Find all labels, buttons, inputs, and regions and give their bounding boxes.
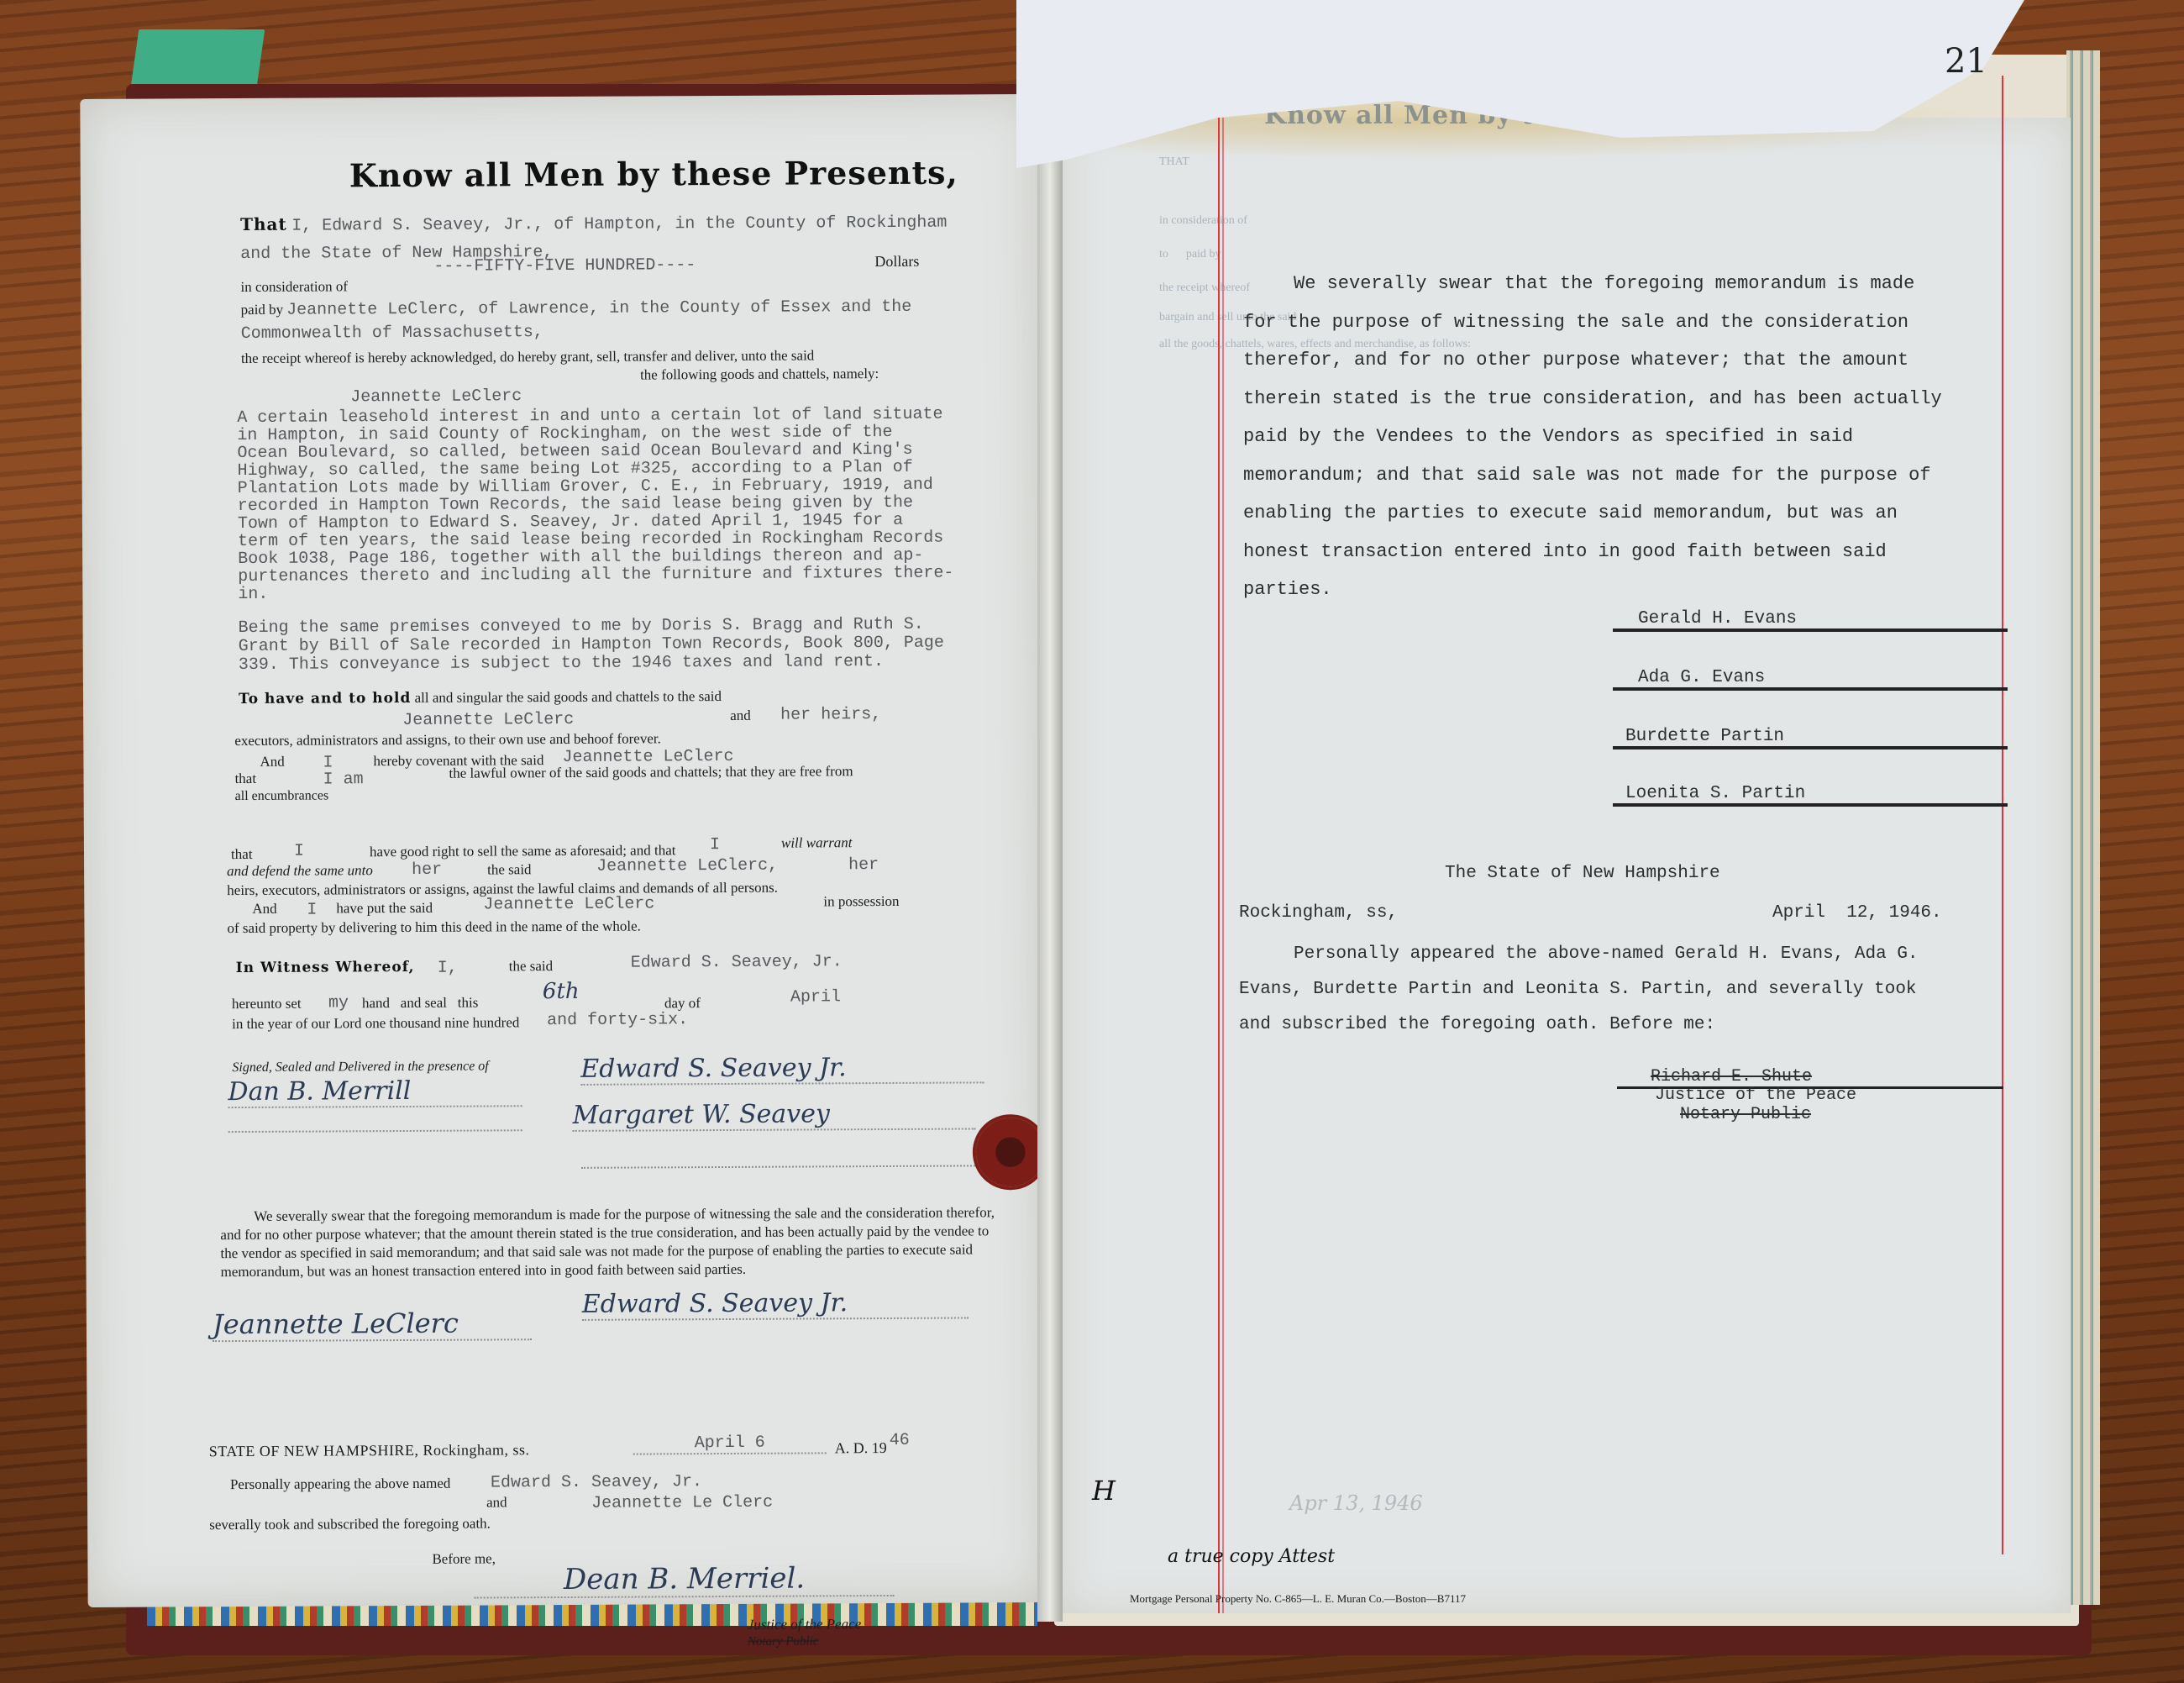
oath-line: parties. <box>1243 571 1999 609</box>
receipt-line: the receipt whereof is hereby acknowledg… <box>241 346 980 367</box>
oath-line: memorandum; and that said sale was not m… <box>1243 456 1999 495</box>
oath-line: for the purpose of witnessing the sale a… <box>1243 303 1999 342</box>
that-label: That <box>240 214 287 234</box>
that-label-3: that <box>231 846 253 863</box>
signatory-1: Gerald H. Evans <box>1613 609 2008 632</box>
in-possession: in possession <box>823 893 899 910</box>
oath-paragraph: We severally swear that the foregoing me… <box>220 1203 1001 1281</box>
hereunto-set: hereunto set <box>232 996 302 1012</box>
faded-form-consideration: in consideration of <box>1159 214 1247 228</box>
year-line: in the year of our Lord one thousand nin… <box>232 1014 519 1033</box>
oath-signature-1: Jeannette LeClerc <box>213 1307 532 1342</box>
oath-signature-2: Edward S. Seavey Jr. <box>582 1287 969 1320</box>
grantor-signature-2: Margaret W. Seavey <box>573 1098 976 1132</box>
encumbrances: all encumbrances <box>235 788 329 804</box>
witness-said: the said <box>509 958 554 975</box>
paid-by-line-2: Commonwealth of Massachusetts, <box>241 323 543 344</box>
county-label: Rockingham, ss, <box>1239 903 1398 923</box>
right-oath-text: We severally swear that the foregoing me… <box>1243 265 1999 609</box>
habendum-text: all and singular the said goods and chat… <box>415 688 722 706</box>
description-line: purtenances thereto and including all th… <box>238 564 994 586</box>
page-edges <box>2066 50 2100 1605</box>
faded-date: Apr 13, 1946 <box>1289 1491 1423 1515</box>
signatory-3: Burdette Partin <box>1613 727 2008 749</box>
right-page: Know all Men by these Presents, THAT in … <box>1063 118 2071 1613</box>
handwritten-attest: a true copy Attest <box>1168 1546 1335 1567</box>
appear-name-2: Jeannette Le Clerc <box>591 1493 773 1513</box>
witness-signature: Dan B. Merrill <box>228 1076 522 1108</box>
and-defend: and defend the same unto <box>227 862 373 880</box>
ack-date: April 6 <box>633 1433 827 1454</box>
book-spine <box>1037 101 1063 1622</box>
habendum-name: Jeannette LeClerc <box>402 710 574 730</box>
appear-and: and <box>486 1494 507 1511</box>
grantor-line-1: I, Edward S. Seavey, Jr., of Hampton, in… <box>291 213 947 236</box>
state-heading: The State of New Hampshire <box>1445 864 1720 883</box>
i-3: I <box>294 842 304 861</box>
conveyance-line: 339. This conveyance is subject to the 1… <box>239 652 995 675</box>
goods-label: the following goods and chattels, namely… <box>640 366 879 383</box>
lawful-owner: the lawful owner of the said goods and c… <box>449 763 853 782</box>
year-value: and forty-six. <box>547 1010 688 1030</box>
consideration-label: in consideration of <box>240 278 348 296</box>
oath-line: enabling the parties to execute said mem… <box>1243 494 1999 533</box>
grantee-name: Jeannette LeClerc <box>350 387 522 407</box>
hand-seal: hand and seal this <box>362 995 478 1012</box>
ack-line: and subscribed the foregoing oath. Befor… <box>1239 1007 2012 1043</box>
witness-i: I, <box>438 959 458 978</box>
will-warrant: will warrant <box>781 834 853 851</box>
grantor-line-3 <box>581 1161 984 1169</box>
signed-sealed-label: Signed, Sealed and Delivered in the pres… <box>232 1059 488 1076</box>
green-bookmark-tab <box>130 29 265 92</box>
covenant-and: And <box>260 754 284 770</box>
possession-i: I <box>307 901 317 920</box>
dollars-label: Dollars <box>874 253 919 271</box>
faded-form-that: THAT <box>1159 155 1189 169</box>
state-line: STATE OF NEW HAMPSHIRE, Rockingham, ss. <box>209 1441 530 1460</box>
possession-and: And <box>252 901 276 918</box>
jp-signature: Dean B. Merriel. <box>474 1561 894 1599</box>
witness-name: Edward S. Seavey, Jr. <box>631 952 843 972</box>
appear-name-1: Edward S. Seavey, Jr. <box>491 1472 702 1492</box>
i-am: I am <box>323 770 363 789</box>
her-1: her <box>412 860 442 880</box>
oath-line: paid by the Vendees to the Vendors as sp… <box>1243 418 1999 456</box>
signatory-4: Loenita S. Partin <box>1613 784 2008 807</box>
and-label: and <box>730 707 751 724</box>
margin-line-right <box>2002 76 2003 1554</box>
margin-line-left <box>1218 118 1220 1613</box>
consideration-amount: ----FIFTY-FIVE HUNDRED---- <box>433 255 696 276</box>
notary-struck-right: Notary Public <box>1680 1105 1811 1124</box>
ad-label: A. D. 19 <box>835 1439 887 1457</box>
ack-line: Personally appeared the above-named Gera… <box>1239 937 2012 972</box>
ad-year: 46 <box>890 1431 910 1450</box>
that-label-2: that <box>234 770 256 787</box>
oath-line: therefor, and for no other purpose whate… <box>1243 341 1999 380</box>
grantor-signature: Edward S. Seavey Jr. <box>580 1052 984 1086</box>
left-page: Know all Men by these Presents, That I, … <box>80 94 1045 1607</box>
my-label: my <box>328 993 349 1012</box>
margin-mark: H <box>1092 1475 1116 1507</box>
delivering-line: of said property by delivering to him th… <box>227 918 641 938</box>
her-heirs: her heirs, <box>780 705 881 725</box>
executors-line: executors, administrators and assigns, t… <box>234 730 661 749</box>
severally-took: severally took and subscribed the forego… <box>209 1515 491 1533</box>
wax-seal <box>976 1118 1045 1186</box>
ack-paragraph: Personally appeared the above-named Gera… <box>1239 937 2012 1043</box>
margin-line-left-2 <box>1222 118 1224 1613</box>
faded-form-receipt: the receipt whereof <box>1159 281 1250 295</box>
her-2: her <box>848 855 879 875</box>
oath-line: therein stated is the true consideration… <box>1243 380 1999 418</box>
deed-title: Know all Men by these Presents, <box>349 154 958 195</box>
paid-by-line-1: Jeannette LeClerc, of Lawrence, in the C… <box>286 297 911 320</box>
oath-line: We severally swear that the foregoing me… <box>1243 265 1999 303</box>
ack-date-right: April 12, 1946. <box>1772 903 1942 923</box>
possession-text: have put the said <box>336 900 433 918</box>
habendum-label: To have and to hold <box>239 690 411 707</box>
month-value: April <box>790 987 841 1007</box>
form-footer: Mortgage Personal Property No. C-865—L. … <box>1130 1592 1466 1606</box>
page-number: 21 <box>1945 42 1987 81</box>
property-description: A certain leasehold interest in and unto… <box>237 405 994 603</box>
defend-name: Jeannette LeClerc, <box>596 856 778 876</box>
i-4: I <box>710 835 720 855</box>
jp-title-right: Justice of the Peace <box>1655 1086 1856 1105</box>
jp-title: Justice of the Peace <box>748 1616 862 1633</box>
the-said: the said <box>487 861 532 878</box>
witness-label: In Witness Whereof, <box>236 959 415 976</box>
possession-name: Jeannette LeClerc <box>483 894 654 914</box>
notary-struck: Notary Public <box>748 1634 819 1649</box>
faded-form-paid: to paid by <box>1159 248 1221 261</box>
oath-line: honest transaction entered into in good … <box>1243 533 1999 571</box>
ack-line: Evans, Burdette Partin and Leonita S. Pa… <box>1239 972 2012 1007</box>
witness-line-2 <box>228 1126 522 1133</box>
day-handwritten: 6th <box>543 979 580 1004</box>
paid-by-label: paid by <box>241 302 284 318</box>
signatory-2: Ada G. Evans <box>1613 668 2008 691</box>
prior-conveyance: Being the same premises conveyed to me b… <box>239 615 995 675</box>
personally-appearing: Personally appearing the above named <box>230 1475 451 1493</box>
